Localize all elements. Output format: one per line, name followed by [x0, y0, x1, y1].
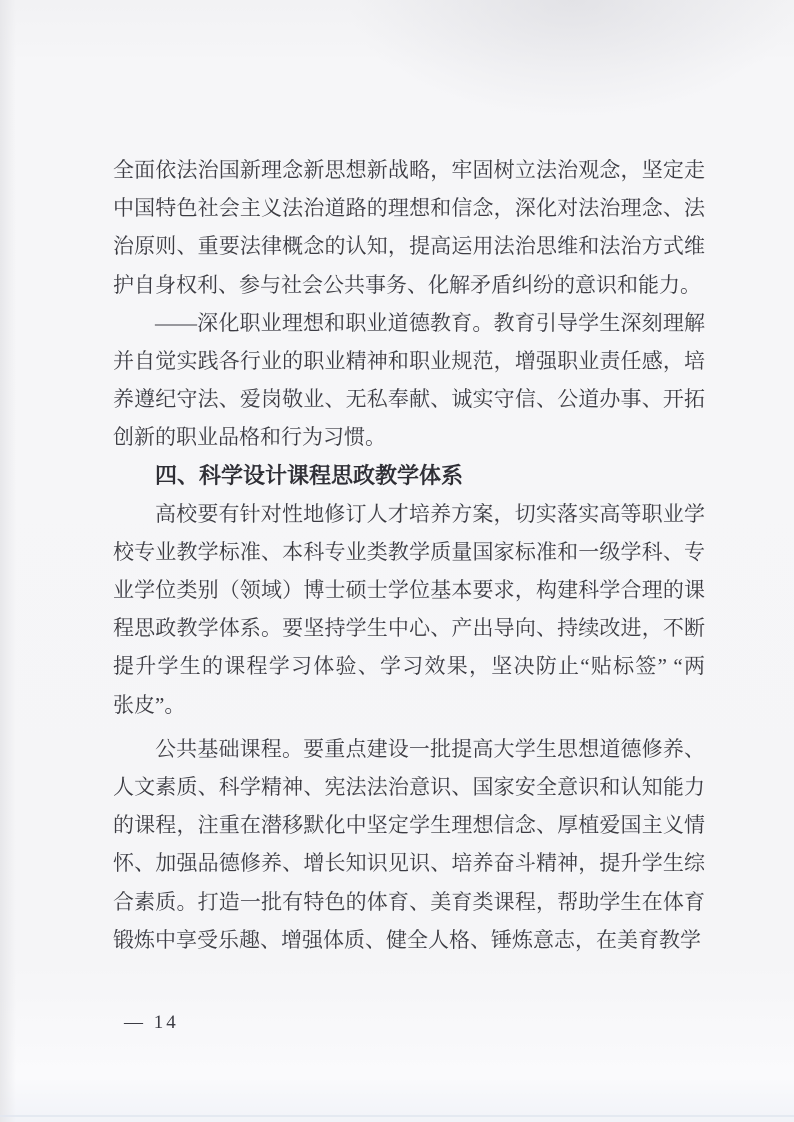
- page-number-label: — 14: [124, 1012, 179, 1033]
- paragraph: 全面依法治国新理念新思想新战略，牢固树立法治观念，坚定走中国特色社会主义法治道路…: [113, 151, 705, 304]
- text-line: 合素质。打造一批有特色的体育、美育类课程，帮助学生在体育: [113, 883, 705, 921]
- text-line: 提升学生的课程学习体验、学习效果，坚决防止“贴标签” “两: [113, 647, 705, 685]
- text-line: 怀、加强品德修养、增长知识见识、培养奋斗精神，提升学生综: [113, 844, 705, 882]
- text-line: 全面依法治国新理念新思想新战略，牢固树立法治观念，坚定走: [113, 151, 705, 189]
- text-line: 养遵纪守法、爱岗敬业、无私奉献、诚实守信、公道办事、开拓: [113, 380, 705, 418]
- paragraph: 高校要有针对性地修订人才培养方案，切实落实高等职业学校专业教学标准、本科专业类教…: [113, 495, 705, 724]
- text-line: 张皮”。: [113, 686, 705, 724]
- scanned-document-page: 全面依法治国新理念新思想新战略，牢固树立法治观念，坚定走中国特色社会主义法治道路…: [0, 0, 794, 1122]
- paragraph: 公共基础课程。要重点建设一批提高大学生思想道德修养、人文素质、科学精神、宪法法治…: [113, 730, 705, 959]
- text-line: 高校要有针对性地修订人才培养方案，切实落实高等职业学: [113, 495, 705, 533]
- text-line: 护自身权利、参与社会公共事务、化解矛盾纠纷的意识和能力。: [113, 266, 705, 304]
- text-line: 创新的职业品格和行为习惯。: [113, 418, 705, 456]
- text-line: 人文素质、科学精神、宪法法治意识、国家安全意识和认知能力: [113, 768, 705, 806]
- scan-edge-bottom: [0, 1115, 794, 1117]
- document-body: 全面依法治国新理念新思想新战略，牢固树立法治观念，坚定走中国特色社会主义法治道路…: [113, 151, 705, 959]
- text-line: 公共基础课程。要重点建设一批提高大学生思想道德修养、: [113, 730, 705, 768]
- text-line: 四、科学设计课程思政教学体系: [113, 457, 705, 495]
- text-line: 校专业教学标准、本科专业类教学质量国家标准和一级学科、专: [113, 533, 705, 571]
- text-line: 锻炼中享受乐趣、增强体质、健全人格、锤炼意志，在美育教学: [113, 921, 705, 959]
- page-number: — 14: [124, 1012, 179, 1034]
- text-line: 治原则、重要法律概念的认知，提高运用法治思维和法治方式维: [113, 227, 705, 265]
- text-line: 中国特色社会主义法治道路的理想和信念，深化对法治理念、法: [113, 189, 705, 227]
- paragraph: ——深化职业理想和职业道德教育。教育引导学生深刻理解并自觉实践各行业的职业精神和…: [113, 304, 705, 457]
- text-line: 的课程，注重在潜移默化中坚定学生理想信念、厚植爱国主义情: [113, 806, 705, 844]
- text-line: ——深化职业理想和职业道德教育。教育引导学生深刻理解: [113, 304, 705, 342]
- section-heading: 四、科学设计课程思政教学体系: [113, 457, 705, 495]
- text-line: 业学位类别（领域）博士硕士学位基本要求，构建科学合理的课: [113, 571, 705, 609]
- text-line: 并自觉实践各行业的职业精神和职业规范，增强职业责任感，培: [113, 342, 705, 380]
- text-line: 程思政教学体系。要坚持学生中心、产出导向、持续改进，不断: [113, 609, 705, 647]
